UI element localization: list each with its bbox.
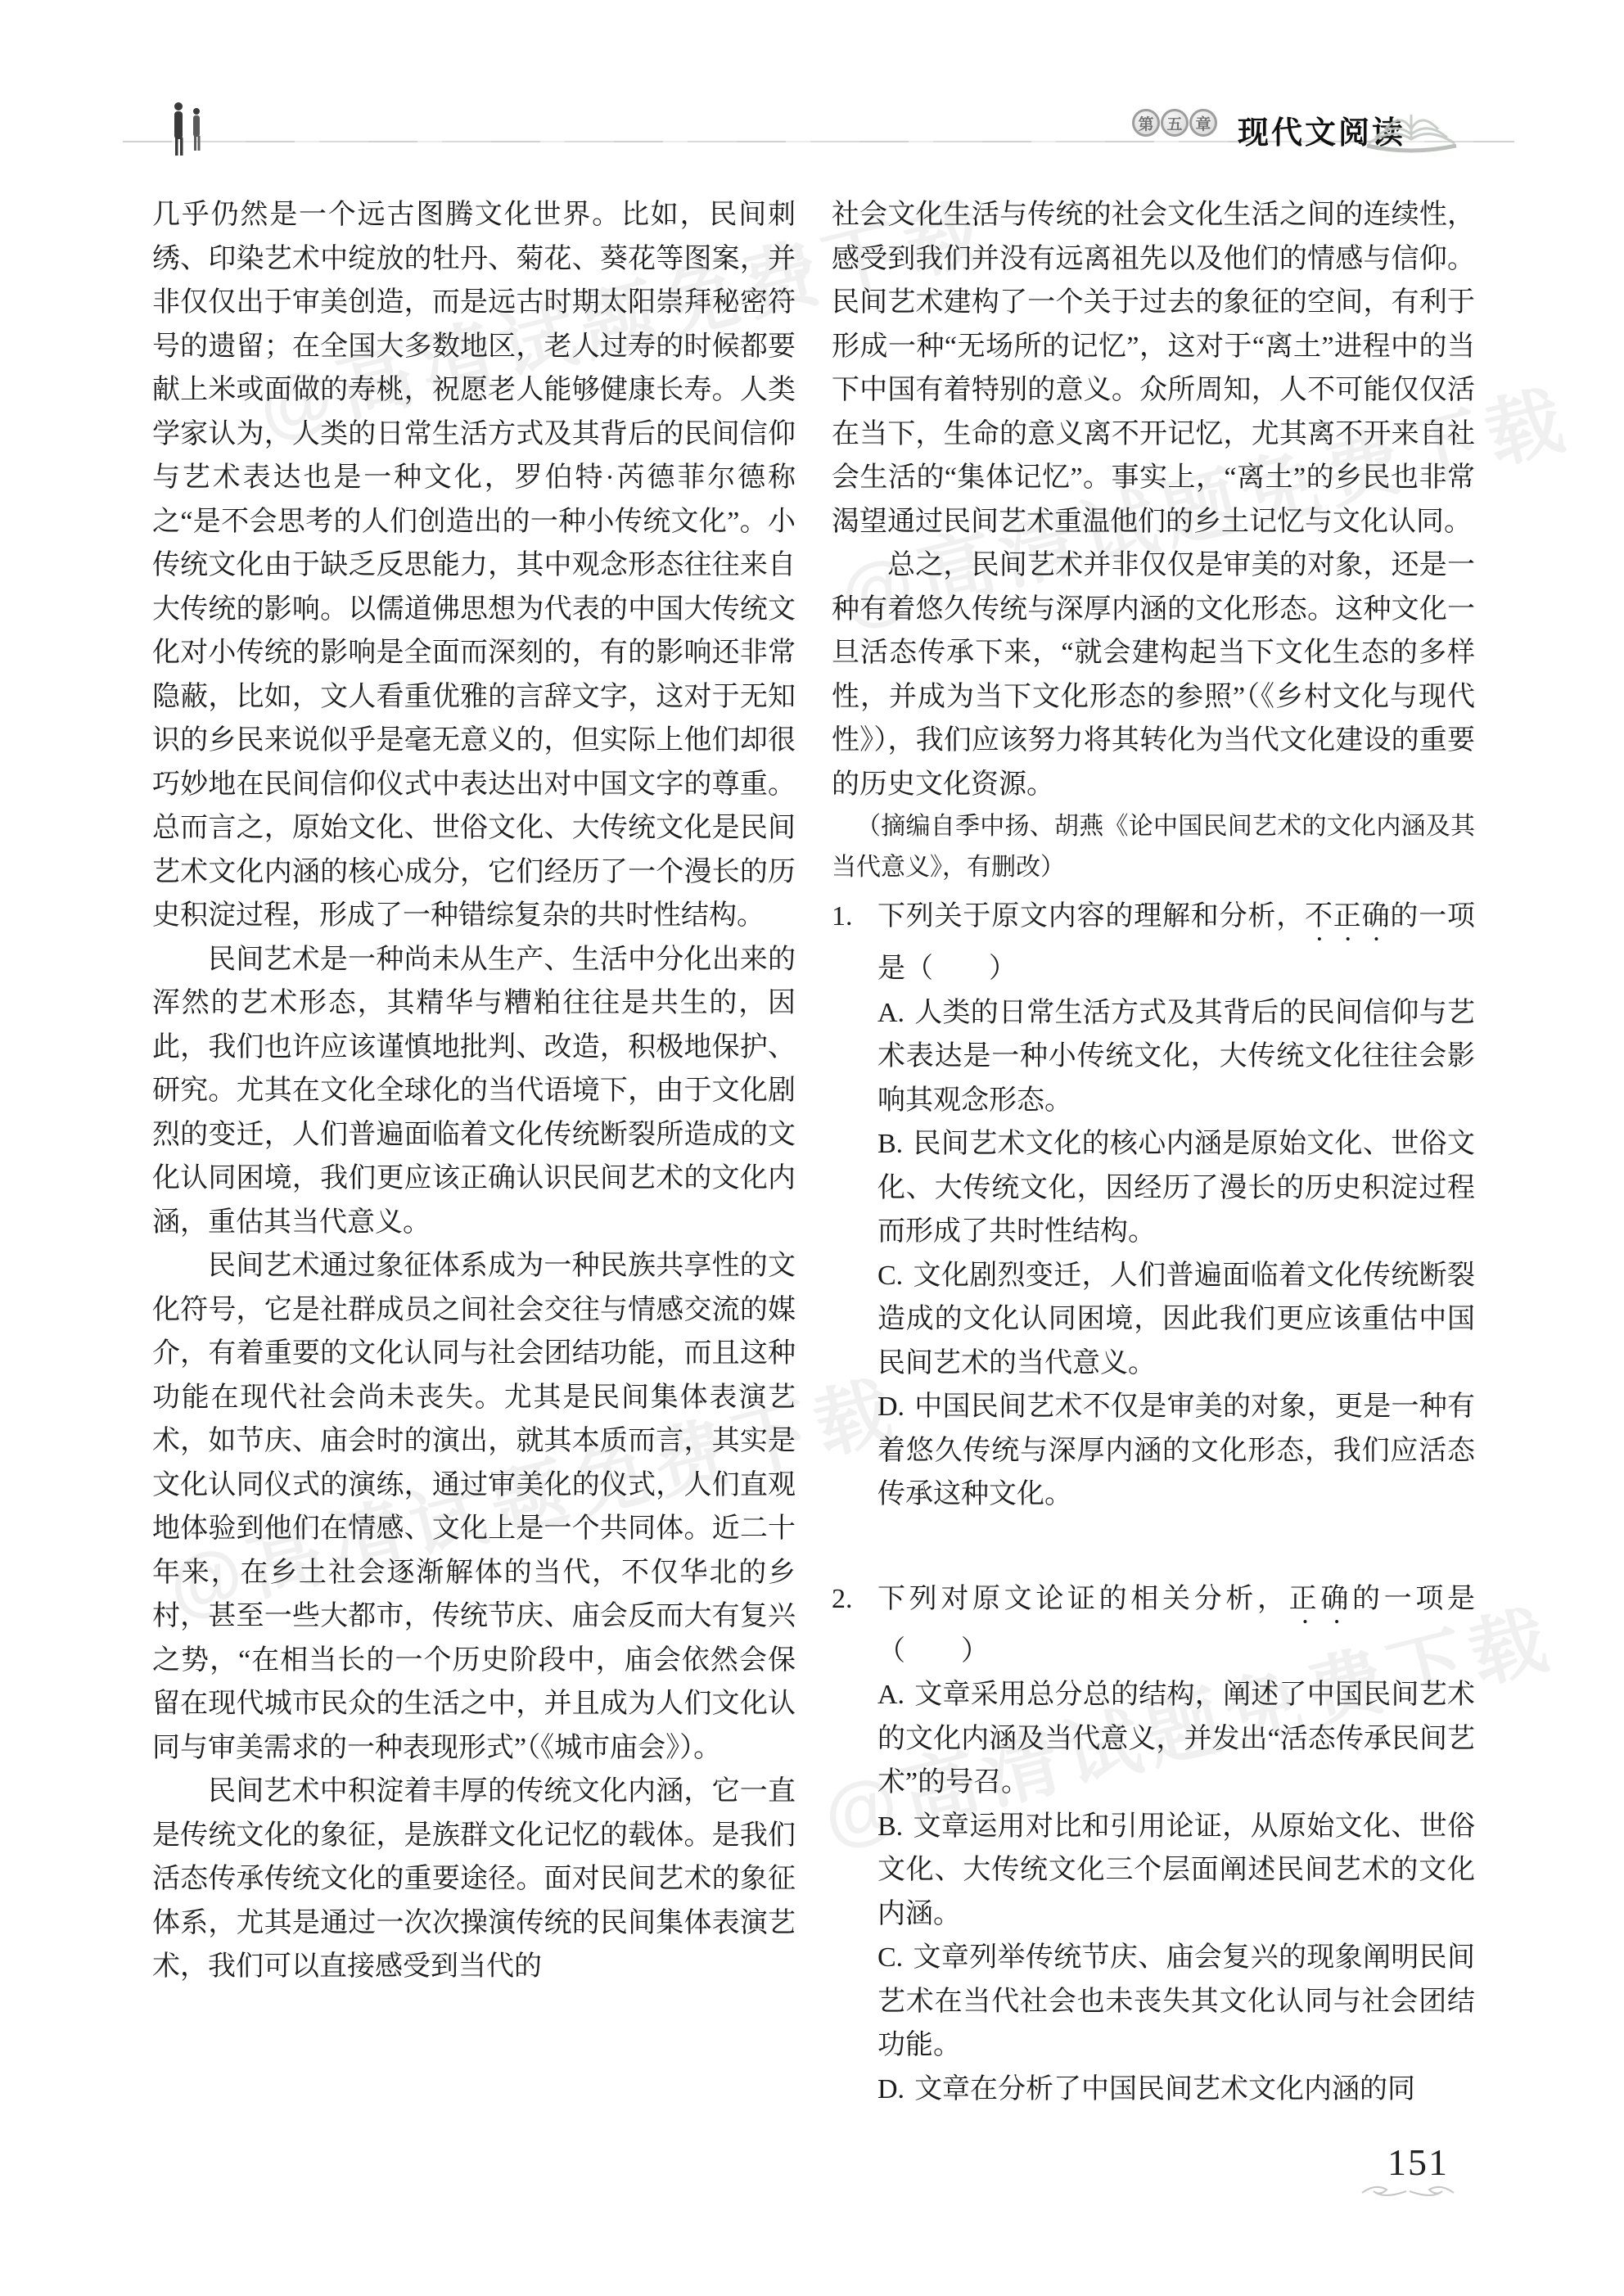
question-number: 1. — [832, 895, 853, 939]
option-label: C. — [877, 1261, 903, 1291]
chapter-badge: 第 — [1132, 109, 1160, 137]
article-column-left: 几乎仍然是一个远古图腾文化世界。比如，民间刺绣、印染艺术中绽放的牡丹、菊花、葵花… — [152, 193, 796, 1989]
option-label: D. — [877, 2074, 904, 2104]
paragraph: 几乎仍然是一个远古图腾文化世界。比如，民间刺绣、印染艺术中绽放的牡丹、菊花、葵花… — [152, 193, 796, 938]
swirl-decoration-icon — [1359, 2180, 1457, 2207]
option-a: A.文章采用总分总的结构，阐述了中国民间艺术的文化内涵及当代意义，并发出“活态传… — [877, 1673, 1475, 1805]
paragraph: 民间艺术是一种尚未从生产、生活中分化出来的浑然的艺术形态，其精华与糟粕往往是共生… — [152, 938, 796, 1245]
option-a: A.人类的日常生活方式及其背后的民间信仰与艺术表达是一种小传统文化，大传统文化往… — [877, 991, 1475, 1123]
option-text: 文章在分析了中国民间艺术文化内涵的同 — [914, 2074, 1415, 2104]
question-stem: 下列对原文论证的相关分析，正确的一项是（ ） — [877, 1577, 1475, 1674]
paragraph: 总之，民间艺术并非仅仅是审美的对象，还是一种有着悠久传统与深厚内涵的文化形态。这… — [832, 544, 1475, 806]
question-1: 1. 下列关于原文内容的理解和分析，不正确的一项是（ ） A.人类的日常生活方式… — [832, 895, 1475, 1517]
paragraph: 民间艺术通过象征体系成为一种民族共享性的文化符号，它是社群成员之间社会交往与情感… — [152, 1244, 796, 1770]
page-number: 151 — [1387, 2140, 1449, 2184]
option-label: A. — [877, 1680, 904, 1710]
option-text: 文章列举传统节庆、庙会复兴的现象阐明民间艺术在当代社会也未丧失其文化认同与社会团… — [877, 1942, 1475, 2060]
option-text: 民间艺术文化的核心内涵是原始文化、世俗文化、大传统文化，因经历了漫长的历史积淀过… — [877, 1129, 1475, 1247]
textbook-page: @高清试题免费下载 @高清试题免费下载 @高清试题免费下载 @高清试题免费下载 … — [0, 0, 1624, 2296]
option-label: A. — [877, 998, 904, 1028]
option-text: 人类的日常生活方式及其背后的民间信仰与艺术表达是一种小传统文化，大传统文化往往会… — [877, 998, 1475, 1116]
option-c: C.文化剧烈变迁，人们普遍面临着文化传统断裂造成的文化认同困境，因此我们更应该重… — [877, 1254, 1475, 1386]
stem-text: 下列对原文论证的相关分析， — [877, 1584, 1289, 1614]
option-d: D.中国民间艺术不仅是审美的对象，更是一种有着悠久传统与深厚内涵的文化形态，我们… — [877, 1385, 1475, 1517]
open-book-icon — [1360, 98, 1463, 168]
emphasized-text: 正确 — [1289, 1584, 1352, 1614]
paragraph: 民间艺术中积淀着丰厚的传统文化内涵，它一直是传统文化的象征，是族群文化记忆的载体… — [152, 1770, 796, 1989]
stem-text: 下列关于原文内容的理解和分析， — [877, 901, 1305, 931]
option-c: C.文章列举传统节庆、庙会复兴的现象阐明民间艺术在当代社会也未丧失其文化认同与社… — [877, 1936, 1475, 2068]
question-number: 2. — [832, 1577, 853, 1622]
option-label: B. — [877, 1129, 903, 1159]
option-text: 中国民间艺术不仅是审美的对象，更是一种有着悠久传统与深厚内涵的文化形态，我们应活… — [877, 1392, 1475, 1509]
option-d: D.文章在分析了中国民间艺术文化内涵的同 — [877, 2068, 1475, 2112]
option-label: B. — [877, 1811, 903, 1842]
article-column-right: 社会文化生活与传统的社会文化生活之间的连续性，感受到我们并没有远离祖先以及他们的… — [832, 193, 1475, 2111]
chapter-badge: 章 — [1189, 109, 1217, 137]
option-label: C. — [877, 1942, 903, 1973]
option-text: 文章采用总分总的结构，阐述了中国民间艺术的文化内涵及当代意义，并发出“活态传承民… — [877, 1680, 1475, 1798]
paragraph: 社会文化生活与传统的社会文化生活之间的连续性，感受到我们并没有远离祖先以及他们的… — [832, 193, 1475, 544]
option-b: B.文章运用对比和引用论证，从原始文化、世俗文化、大传统文化三个层面阐述民间艺术… — [877, 1805, 1475, 1937]
option-label: D. — [877, 1392, 904, 1422]
question-2: 2. 下列对原文论证的相关分析，正确的一项是（ ） A.文章采用总分总的结构，阐… — [832, 1577, 1475, 2112]
source-citation: （摘编自季中扬、胡燕《论中国民间艺术的文化内涵及其当代意义》，有删改） — [832, 806, 1475, 888]
question-stem: 下列关于原文内容的理解和分析，不正确的一项是（ ） — [877, 895, 1475, 991]
chapter-badge: 五 — [1161, 109, 1189, 137]
option-text: 文化剧烈变迁，人们普遍面临着文化传统断裂造成的文化认同困境，因此我们更应该重估中… — [877, 1261, 1475, 1378]
option-text: 文章运用对比和引用论证，从原始文化、世俗文化、大传统文化三个层面阐述民间艺术的文… — [877, 1811, 1475, 1929]
emphasized-text: 不正确 — [1305, 901, 1390, 931]
people-logo-icon — [164, 100, 213, 163]
option-b: B.民间艺术文化的核心内涵是原始文化、世俗文化、大传统文化，因经历了漫长的历史积… — [877, 1122, 1475, 1254]
chapter-badge-group: 第 五 章 — [1132, 109, 1217, 137]
